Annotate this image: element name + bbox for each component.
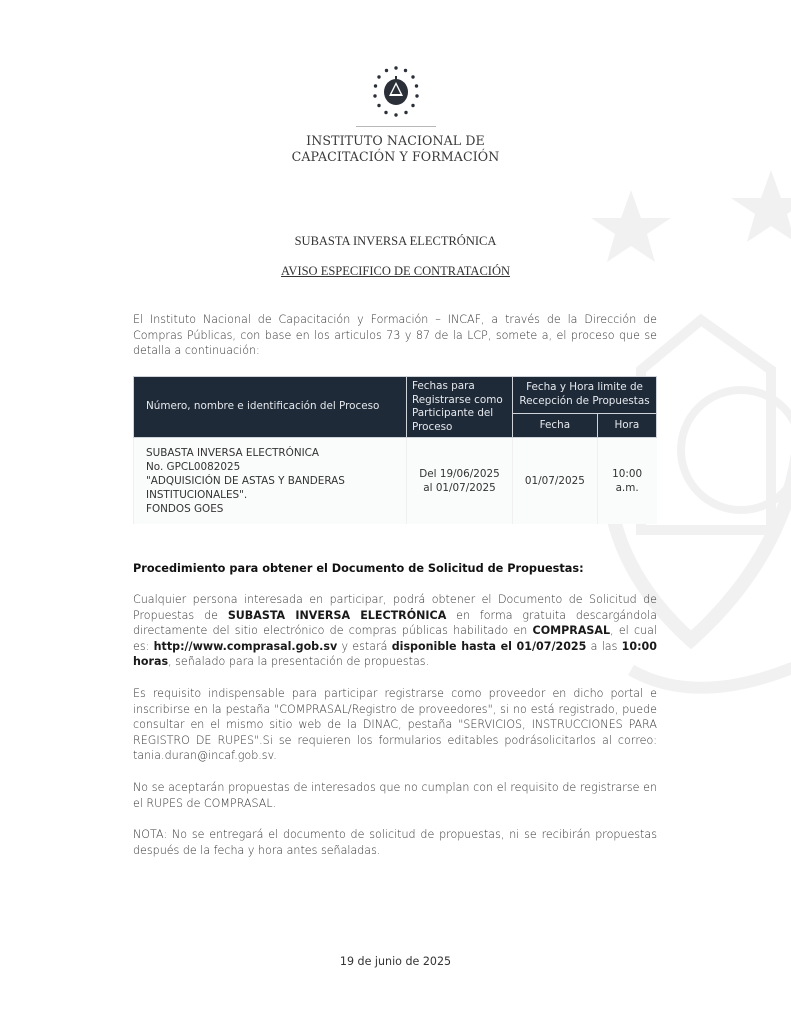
process-funding: FONDOS GOES (146, 502, 401, 516)
document-title: SUBASTA INVERSA ELECTRÓNICA (0, 234, 791, 249)
institution-name-line2: CAPACITACIÓN Y FORMACIÓN (0, 149, 791, 164)
header-date: Fecha (513, 413, 598, 437)
header-process: Número, nombre e identificación del Proc… (134, 377, 407, 438)
comprasal-link[interactable]: http://www.comprasal.gob.sv (154, 640, 338, 653)
bold-process-type: SUBASTA INVERSA ELECTRÓNICA (228, 609, 446, 622)
cell-date: 01/07/2025 (513, 438, 598, 525)
requirement-paragraph: Es requisito indispensable para particip… (133, 686, 657, 764)
text: , señalado para la presentación de propu… (168, 655, 429, 668)
table-row: SUBASTA INVERSA ELECTRÓNICA No. GPCL0082… (134, 438, 657, 525)
process-number: No. GPCL0082025 (146, 460, 401, 474)
registration-end: al 01/07/2025 (412, 481, 507, 495)
institution-name-line1: INSTITUTO NACIONAL DE (0, 133, 791, 148)
bold-comprasal: COMPRASAL (533, 624, 611, 637)
procedure-paragraph: Cualquier persona interesada en particip… (133, 592, 657, 670)
header-registration: Fechas para Registrarse como Participant… (407, 377, 513, 438)
el-salvador-coat-of-arms-icon (366, 64, 426, 124)
process-name-line2: INSTITUCIONALES". (146, 488, 401, 502)
process-table: Número, nombre e identificación del Proc… (133, 376, 657, 524)
document-date: 19 de junio de 2025 (0, 955, 791, 968)
rejection-paragraph: No se aceptarán propuestas de interesado… (133, 780, 657, 811)
process-name-line1: "ADQUISICIÓN DE ASTAS Y BANDERAS (146, 474, 401, 488)
note-paragraph: NOTA: No se entregará el documento de so… (133, 827, 657, 858)
document-subtitle: AVISO ESPECIFICO DE CONTRATACIÓN (0, 264, 791, 279)
header-time: Hora (597, 413, 656, 437)
cell-registration: Del 19/06/2025 al 01/07/2025 (407, 438, 513, 525)
bold-availability: disponible hasta el 01/07/2025 (392, 640, 587, 653)
registration-start: Del 19/06/2025 (412, 467, 507, 481)
procedure-heading: Procedimiento para obtener el Documento … (133, 562, 584, 575)
text: y estará (337, 640, 392, 653)
cell-time: 10:00 a.m. (597, 438, 656, 525)
logo-divider (356, 126, 436, 127)
process-type: SUBASTA INVERSA ELECTRÓNICA (146, 446, 401, 460)
text: a las (586, 640, 621, 653)
cell-process: SUBASTA INVERSA ELECTRÓNICA No. GPCL0082… (134, 438, 407, 525)
intro-paragraph: El Instituto Nacional de Capacitación y … (133, 312, 657, 359)
header-deadline: Fecha y Hora limite de Recepción de Prop… (513, 377, 657, 414)
